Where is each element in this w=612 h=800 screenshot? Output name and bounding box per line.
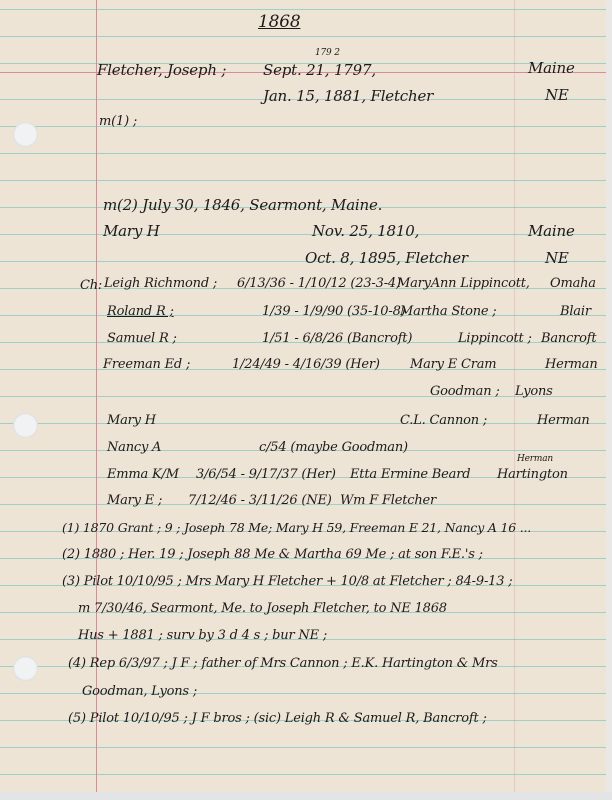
child-dates: 1/24/49 - 4/16/39 (Her) [232,357,380,372]
child-dates: c/54 (maybe Goodman) [259,440,408,455]
spouse-birth-place: Maine [528,222,575,240]
note-5: (5) Pilot 10/10/95 ; J F bros ; (sic) Le… [68,711,487,726]
child-name: Mary H [107,413,156,428]
child-spouse: Goodman ; [430,384,500,399]
spouse-name: Mary H [103,222,160,240]
child-spouse: Wm F Fletcher [340,493,436,508]
child-name: Mary E ; [107,493,162,508]
punch-hole-middle [13,413,38,438]
page-title: 1868 [258,12,300,32]
punch-hole-bottom [13,656,38,681]
child-place: Omaha [550,276,596,291]
note-3-continued: m 7/30/46, Searmont, Me. to Joseph Fletc… [78,601,447,616]
note-4-continued: Goodman, Lyons ; [82,684,197,699]
note-3: (3) Pilot 10/10/95 ; Mrs Mary H Fletcher… [62,574,512,589]
note-4: (4) Rep 6/3/97 ; J F ; father of Mrs Can… [68,656,498,671]
birth-alt-year: 179 2 [315,48,340,58]
child-place: Blair [560,304,591,319]
spouse-birth: Nov. 25, 1810, [312,222,419,240]
note-2: (2) 1880 ; Her. 19 ; Joseph 88 Me & Mart… [62,547,483,562]
child-place: Herman [537,413,590,428]
child-dates: 7/12/46 - 3/11/26 (NE) [188,493,332,508]
child-place-alt: Herman [517,454,553,464]
child-name: Roland R ; [107,304,174,319]
child-spouse: Etta Ermine Beard [350,467,470,482]
child-spouse: Lippincott ; [458,331,532,346]
note-1: (1) 1870 Grant ; 9 ; Joseph 78 Me; Mary … [62,520,531,535]
death-date: Jan. 15, 1881, Fletcher [263,87,433,105]
child-spouse: C.L. Cannon ; [400,413,487,428]
child-place: Lyons [515,384,553,399]
marriage-1: m(1) ; [99,114,137,129]
child-spouse: Martha Stone ; [400,304,497,319]
marriage-2: m(2) July 30, 1846, Searmont, Maine. [103,196,382,214]
child-name: Emma K/M [107,467,179,482]
note-3-husband: Hus + 1881 ; surv by 3 d 4 s ; bur NE ; [78,628,327,643]
child-place: Bancroft [541,331,596,346]
child-place: Herman [545,357,598,372]
spouse-death: Oct. 8, 1895, Fletcher [305,249,468,267]
scan-border [0,792,612,800]
notebook-page: 1868 Fletcher, Joseph ; 179 2 Sept. 21, … [0,0,606,792]
child-dates: 1/39 - 1/9/90 (35-10-8) [262,304,406,319]
death-place: NE [545,86,569,104]
child-dates: 3/6/54 - 9/17/37 (Her) [196,467,336,482]
child-place: Hartington [497,467,568,482]
child-name: Freeman Ed ; [103,357,190,372]
person-name: Fletcher, Joseph ; [97,61,226,79]
child-name: Leigh Richmond ; [104,276,217,291]
child-spouse: Mary E Cram [410,357,496,372]
child-dates: 1/51 - 6/8/26 (Bancroft) [262,331,412,346]
birth-place: Maine [528,59,575,77]
child-name: Nancy A [107,440,161,455]
child-spouse: MaryAnn Lippincott, [397,276,530,291]
spouse-death-place: NE [545,249,569,267]
child-name: Samuel R ; [107,331,177,346]
punch-hole-top [13,122,38,147]
children-label: Ch: [80,278,102,293]
birth-date: Sept. 21, 1797, [263,61,376,79]
child-dates: 6/13/36 - 1/10/12 (23-3-4) [237,276,401,291]
